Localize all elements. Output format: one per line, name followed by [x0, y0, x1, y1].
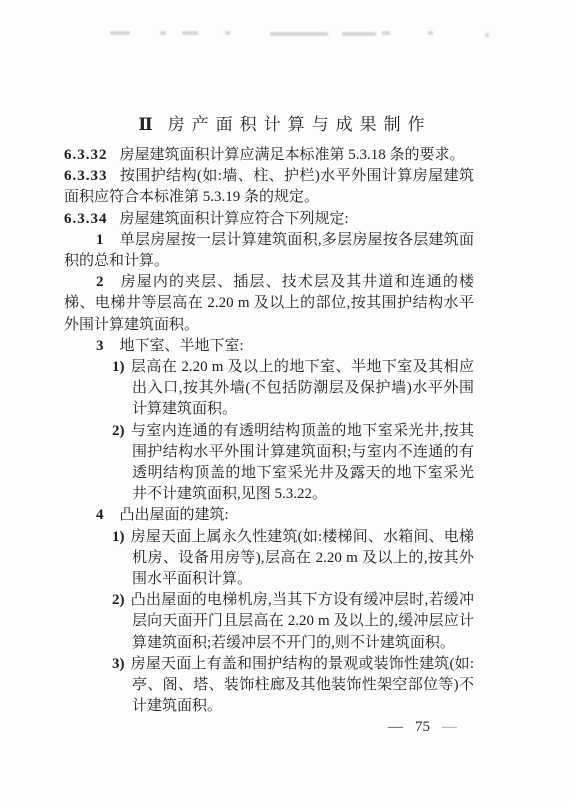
item-4: 4凸出屋面的建筑:	[64, 505, 474, 526]
subitem-number: 3)	[112, 656, 125, 672]
item-text: 房屋内的夹层、插层、技术层及其井道和连通的楼梯、电梯井等层高在 2.20 m 及…	[64, 274, 474, 332]
subitem-text: 与室内连通的有透明结构顶盖的地下室采光井,按其围护结构水平外围计算建筑面积;与室…	[131, 423, 475, 503]
footer-dash-right: —	[442, 718, 457, 736]
page-footer: —75—	[388, 718, 457, 736]
item-2: 2房屋内的夹层、插层、技术层及其井道和连通的楼梯、电梯井等层高在 2.20 m …	[64, 272, 474, 336]
clause-6-3-32: 6.3.32房屋建筑面积计算应满足本标准第 5.3.18 条的要求。	[64, 145, 474, 166]
item-number: 1	[96, 232, 104, 248]
subitem-3-2: 2)与室内连通的有透明结构顶盖的地下室采光井,按其围护结构水平外围计算建筑面积;…	[64, 421, 474, 506]
clause-6-3-34: 6.3.34房屋建筑面积计算应符合下列规定:	[64, 209, 474, 230]
subitem-3-1: 1)层高在 2.20 m 及以上的地下室、半地下室及其相应出入口,按其外墙(不包…	[64, 357, 474, 421]
section-heading: Ⅱ房产面积计算与成果制作	[0, 113, 570, 137]
item-1: 1单层房屋按一层计算建筑面积,多层房屋按各层建筑面积的总和计算。	[64, 230, 474, 272]
subitem-4-2: 2)凸出屋面的电梯机房,当其下方设有缓冲层时,若缓冲层向天面开门且层高在 2.2…	[64, 590, 474, 654]
clause-text: 房屋建筑面积计算应满足本标准第 5.3.18 条的要求。	[120, 147, 465, 163]
footer-dash-left: —	[388, 718, 403, 736]
item-number: 2	[96, 274, 104, 290]
item-text: 地下室、半地下室:	[120, 338, 244, 354]
subitem-text: 凸出屋面的电梯机房,当其下方设有缓冲层时,若缓冲层向天面开门且层高在 2.20 …	[131, 592, 475, 650]
clause-number: 6.3.32	[64, 147, 108, 163]
subitem-text: 房屋天面上属永久性建筑(如:楼梯间、水箱间、电梯机房、设备用房等),层高在 2.…	[131, 529, 475, 587]
clause-number: 6.3.34	[64, 211, 108, 227]
subitem-number: 2)	[112, 423, 125, 439]
bleedthrough-artifact	[110, 29, 490, 37]
clause-6-3-33: 6.3.33按围护结构(如:墙、柱、护栏)水平外围计算房屋建筑面积应符合本标准第…	[64, 166, 474, 208]
subitem-4-1: 1)房屋天面上属永久性建筑(如:楼梯间、水箱间、电梯机房、设备用房等),层高在 …	[64, 527, 474, 591]
document-page: Ⅱ房产面积计算与成果制作 6.3.32房屋建筑面积计算应满足本标准第 5.3.1…	[0, 0, 570, 804]
heading-title: 房产面积计算与成果制作	[168, 115, 432, 134]
item-number: 4	[96, 507, 104, 523]
item-text: 单层房屋按一层计算建筑面积,多层房屋按各层建筑面积的总和计算。	[64, 232, 474, 269]
clause-number: 6.3.33	[64, 168, 108, 184]
subitem-text: 层高在 2.20 m 及以上的地下室、半地下室及其相应出入口,按其外墙(不包括防…	[131, 359, 475, 417]
clause-text: 按围护结构(如:墙、柱、护栏)水平外围计算房屋建筑面积应符合本标准第 5.3.1…	[64, 168, 474, 205]
footer-page-number: 75	[415, 718, 430, 736]
clause-text: 房屋建筑面积计算应符合下列规定:	[120, 211, 349, 227]
subitem-4-3: 3)房屋天面上有盖和围护结构的景观或装饰性建筑(如:亭、阁、塔、装饰柱廊及其他装…	[64, 654, 474, 718]
item-3: 3地下室、半地下室:	[64, 336, 474, 357]
item-text: 凸出屋面的建筑:	[120, 507, 229, 523]
item-number: 3	[96, 338, 104, 354]
subitem-text: 房屋天面上有盖和围护结构的景观或装饰性建筑(如:亭、阁、塔、装饰柱廊及其他装饰性…	[131, 656, 475, 714]
subitem-number: 1)	[112, 359, 125, 375]
subitem-number: 1)	[112, 529, 125, 545]
heading-numeral: Ⅱ	[138, 115, 152, 134]
page-content: 6.3.32房屋建筑面积计算应满足本标准第 5.3.18 条的要求。 6.3.3…	[64, 145, 474, 717]
subitem-number: 2)	[112, 592, 125, 608]
